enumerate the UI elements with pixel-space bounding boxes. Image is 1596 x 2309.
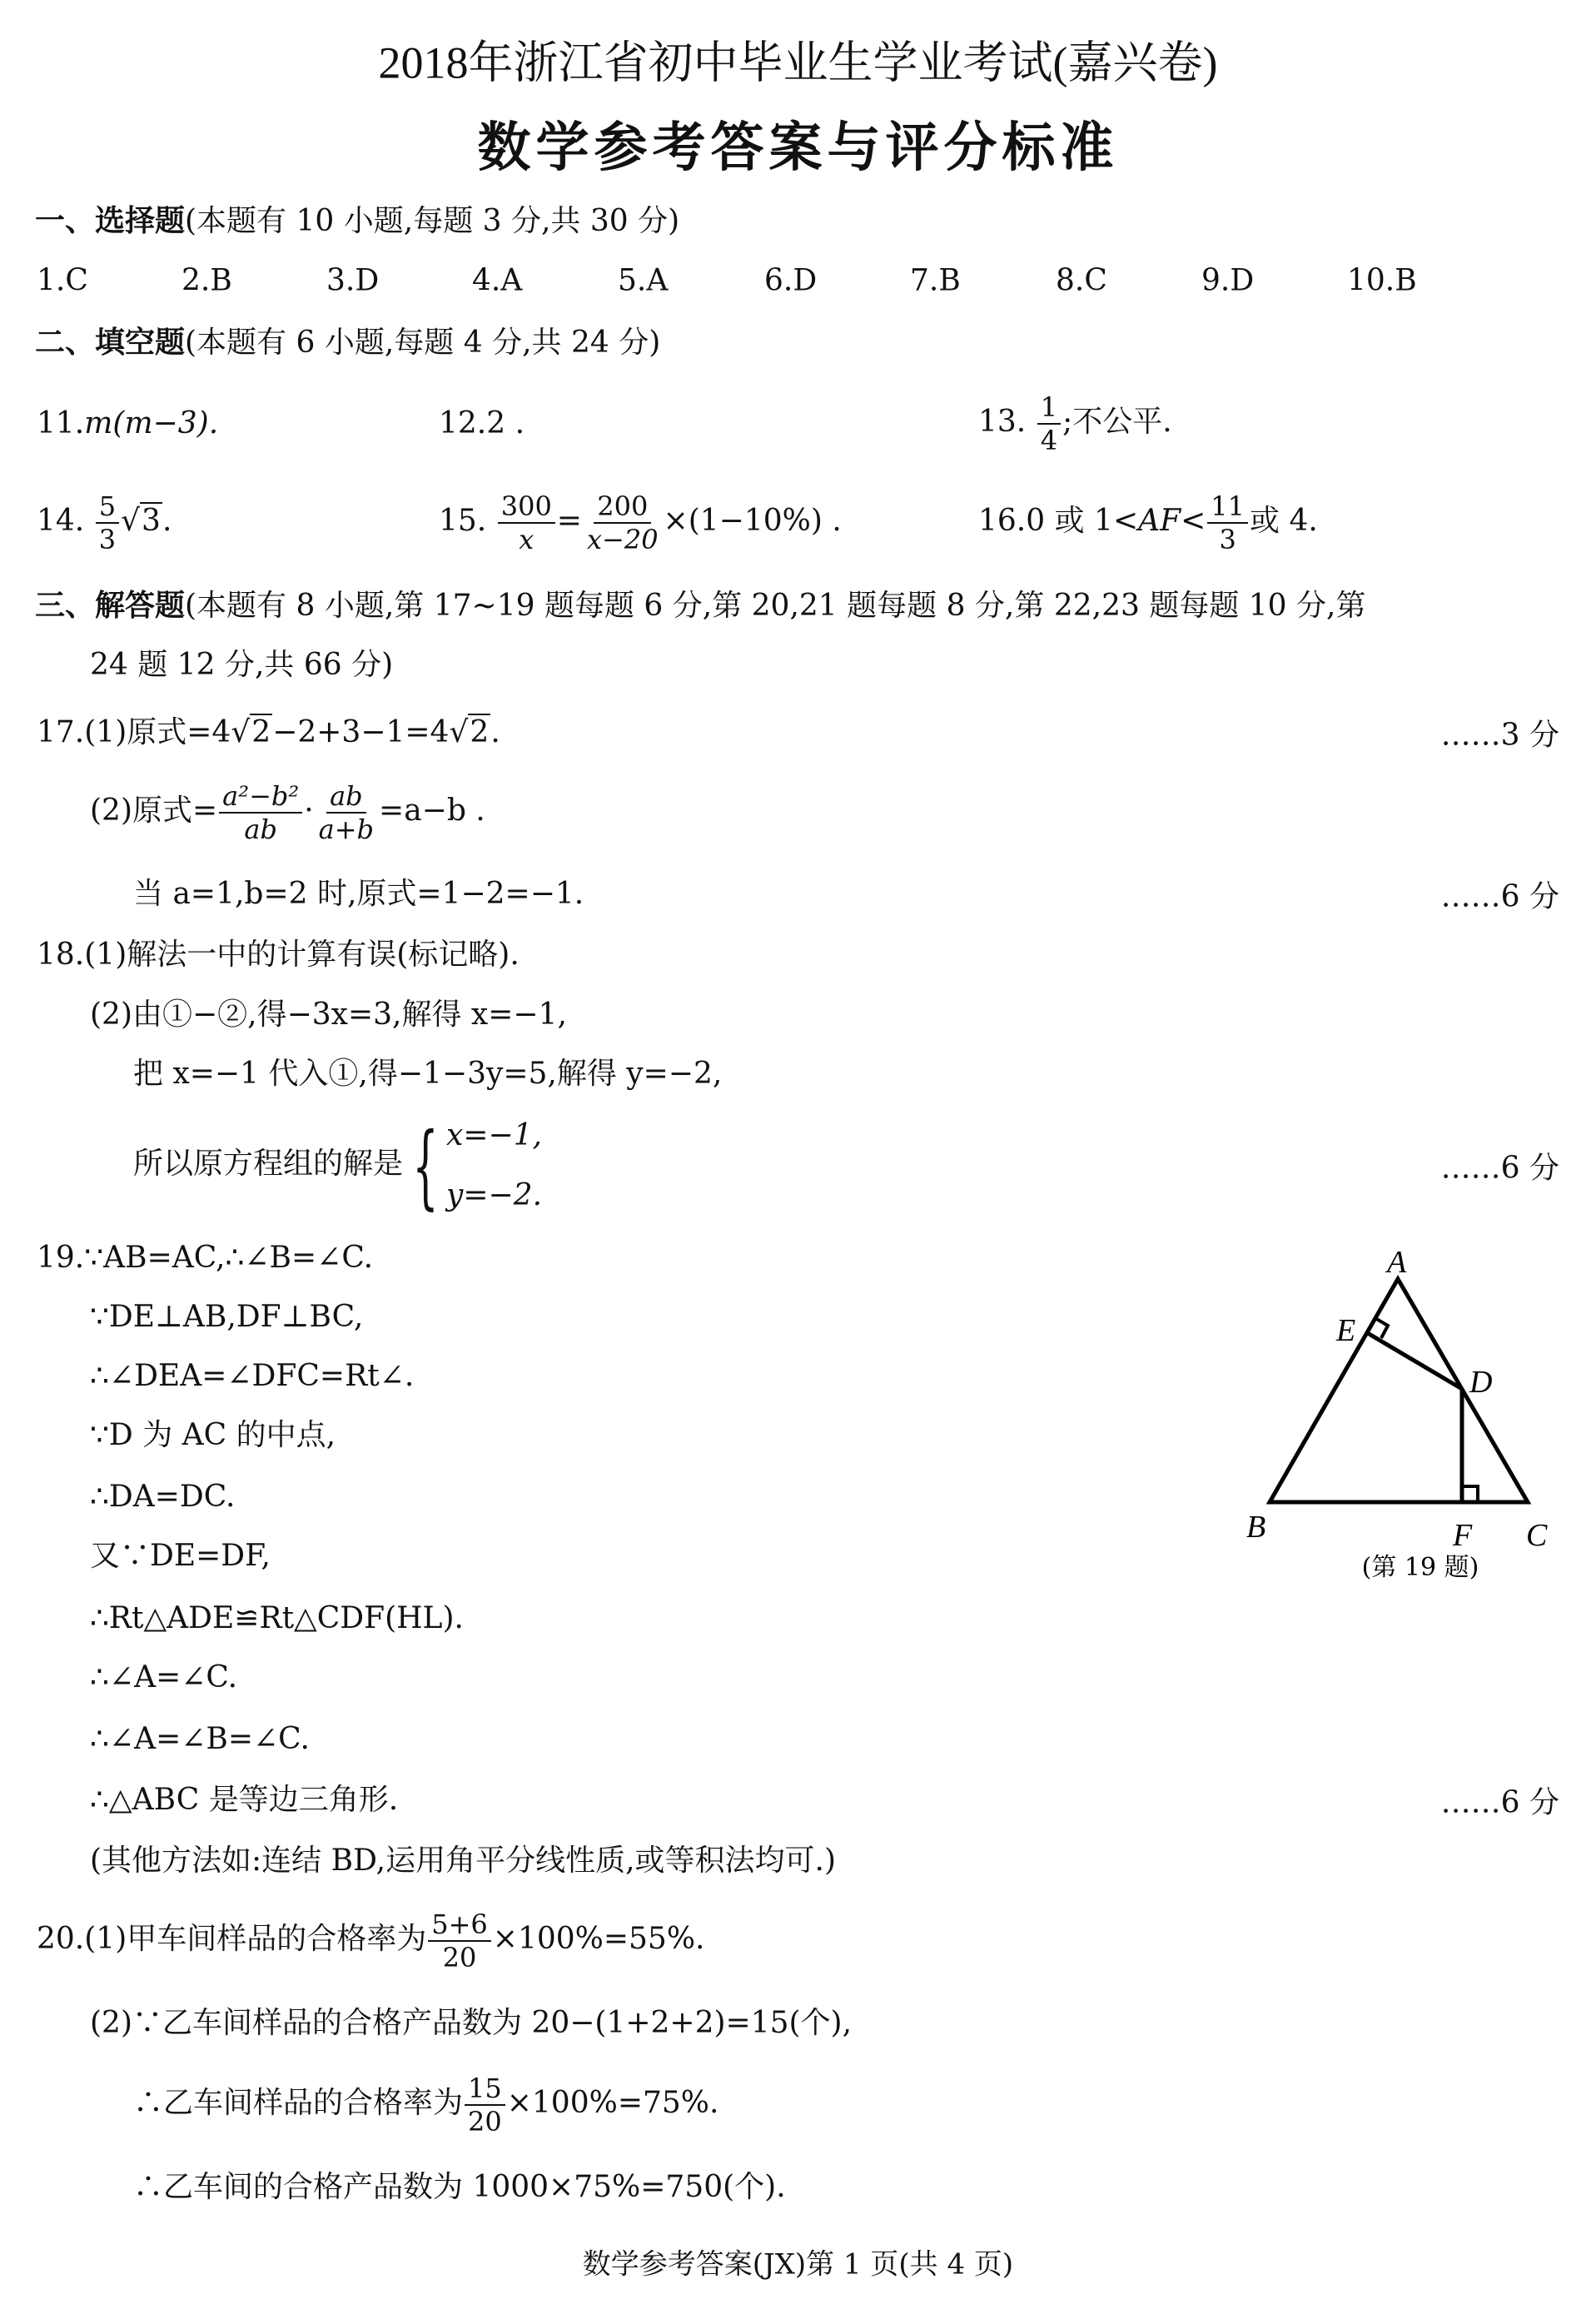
q19-line: ∴∠DEA=∠DFC=Rt∠. (90, 1361, 414, 1391)
q19-line: ∴△ABC 是等边三角形. (90, 1785, 398, 1815)
section2-title: 二、填空题 (35, 326, 185, 360)
fraction: 113 (1207, 493, 1248, 553)
mc-answer-8: 8.C (1056, 264, 1107, 298)
sqrt-symbol: √3 (121, 506, 162, 536)
mc-answer-6: 6.D (764, 264, 817, 298)
fraction: 300x (498, 493, 555, 553)
document-title: 数学参考答案与评分标准 (0, 105, 1596, 182)
q19-alternative-note: (其他方法如:连结 BD,运用角平分线性质,或等积法均可.) (90, 1846, 836, 1876)
page-footer: 数学参考答案(JX)第 1 页(共 4 页) (0, 2242, 1596, 2282)
q20-part2: (2)∵乙车间样品的合格产品数为 20−(1+2+2)=15(个), (90, 2008, 852, 2038)
section3-note-continued: 24 题 12 分,共 66 分) (90, 650, 393, 680)
q19-line: ∴DA=DC. (90, 1482, 236, 1512)
q17-part2-evaluate: 当 a=1,b=2 时,原式=1−2=−1. (133, 879, 584, 909)
svg-text:A: A (1385, 1245, 1407, 1280)
svg-text:(第 19 题): (第 19 题) (1362, 1553, 1479, 1582)
answer-13: 13. 14;不公平. (978, 394, 1172, 454)
q18-part1: 18.(1)解法一中的计算有误(标记略). (37, 940, 520, 970)
q20-rate: ∴乙车间样品的合格率为1520×100%=75%. (133, 2075, 718, 2135)
fraction: 1520 (465, 2075, 505, 2135)
q17-part1: 17.(1)原式=4√2−2+3−1=4√2. (37, 718, 500, 748)
q18-solution: 所以原方程组的解是{x=−1,y=−2. (133, 1120, 542, 1212)
svg-text:C: C (1526, 1518, 1548, 1553)
section3-title: 三、解答题 (35, 589, 185, 623)
fraction: 200x−20 (584, 493, 662, 553)
section1-heading: 一、选择题(本题有 10 小题,每题 3 分,共 30 分) (35, 207, 679, 236)
answer-12: 12.2 . (439, 409, 525, 439)
mc-answer-4: 4.A (472, 264, 522, 298)
section1-title: 一、选择题 (35, 204, 185, 238)
section2-note: (本题有 6 小题,每题 4 分,共 24 分) (185, 326, 660, 360)
mc-answer-10: 10.B (1347, 264, 1417, 298)
mc-answer-5: 5.A (618, 264, 668, 298)
mc-answer-1: 1.C (37, 264, 88, 298)
q19-line: ∴∠A=∠C. (90, 1663, 237, 1693)
fraction: 53 (96, 493, 119, 553)
q20-count: ∴乙车间的合格产品数为 1000×75%=750(个). (133, 2172, 786, 2202)
section3-note: (本题有 8 小题,第 17~19 题每题 6 分,第 20,21 题每题 8 … (185, 589, 1365, 623)
q18-part2: (2)由①−②,得−3x=3,解得 x=−1, (90, 1000, 567, 1030)
mc-answer-2: 2.B (181, 264, 232, 298)
q19-line: ∵DE⊥AB,DF⊥BC, (90, 1302, 363, 1332)
q18-substitute: 把 x=−1 代入①,得−1−3y=5,解得 y=−2, (133, 1059, 722, 1089)
sqrt-symbol: √2 (449, 718, 490, 748)
score-mark: ……6 分 (1441, 1145, 1559, 1187)
sqrt-symbol: √2 (231, 718, 272, 748)
triangle-figure: A E D B F C (第 19 题) (1232, 1241, 1582, 1590)
svg-text:F: F (1452, 1518, 1473, 1553)
section1-note: (本题有 10 小题,每题 3 分,共 30 分) (185, 204, 679, 238)
svg-text:E: E (1335, 1313, 1355, 1348)
answer-11: 11.m(m−3). (37, 409, 218, 439)
triangle-diagram-icon: A E D B F C (第 19 题) (1232, 1241, 1582, 1590)
q19-line: ∴Rt△ADE≌Rt△CDF(HL). (90, 1604, 464, 1634)
fraction: 5+620 (428, 1911, 491, 1971)
fraction: 14 (1037, 394, 1061, 454)
q19-line: 19.∵AB=AC,∴∠B=∠C. (37, 1243, 373, 1273)
fraction: aba+b (316, 783, 377, 843)
q17-part2: (2)原式=a²−b²ab·aba+b=a−b . (90, 783, 485, 843)
answer-15: 15. 300x=200x−20×(1−10%) . (439, 493, 842, 553)
equation-system: x=−1,y=−2. (446, 1121, 542, 1211)
exam-title: 2018年浙江省初中毕业生学业考试(嘉兴卷) (0, 27, 1596, 92)
answer-16: 16.0 或 1<AF<113或 4. (978, 493, 1318, 553)
section2-heading: 二、填空题(本题有 6 小题,每题 4 分,共 24 分) (35, 328, 660, 358)
svg-text:B: B (1246, 1510, 1265, 1545)
mc-answer-7: 7.B (910, 264, 961, 298)
score-mark: ……6 分 (1441, 1779, 1559, 1822)
q19-line: ∵D 为 AC 的中点, (90, 1421, 336, 1451)
section3-heading: 三、解答题(本题有 8 小题,第 17~19 题每题 6 分,第 20,21 题… (35, 591, 1365, 621)
score-mark: ……3 分 (1441, 712, 1559, 754)
fraction: a²−b²ab (219, 783, 302, 843)
answer-14: 14. 53√3. (37, 493, 172, 553)
mc-answer-3: 3.D (326, 264, 379, 298)
q19-line: ∴∠A=∠B=∠C. (90, 1724, 310, 1754)
mc-answer-9: 9.D (1201, 264, 1254, 298)
svg-text:D: D (1469, 1365, 1492, 1400)
q19-line: 又∵DE=DF, (90, 1541, 271, 1571)
q20-part1: 20.(1)甲车间样品的合格率为5+620×100%=55%. (37, 1911, 705, 1971)
score-mark: ……6 分 (1441, 873, 1559, 916)
brace-symbol: { (412, 1120, 439, 1212)
